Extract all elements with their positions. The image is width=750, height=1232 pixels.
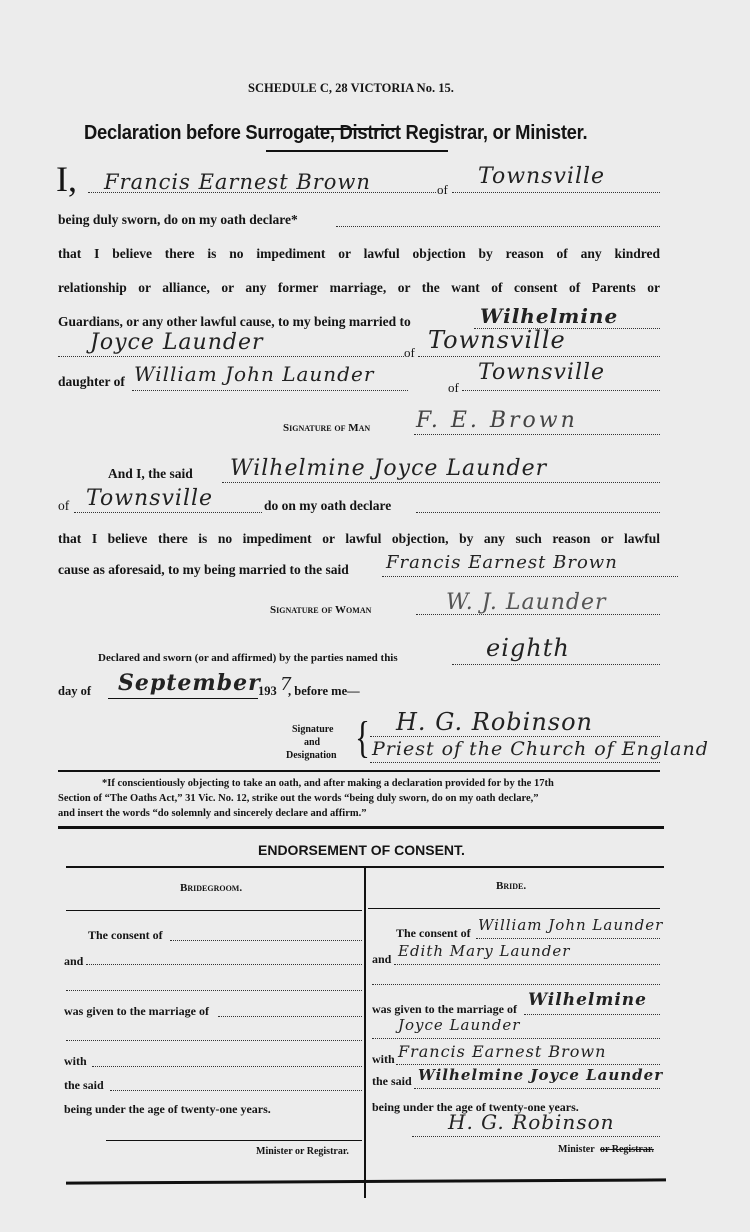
oath-text-line-5: Guardians, or any other lawful cause, to…	[58, 314, 411, 330]
bride-registrar-struck: or Registrar.	[600, 1144, 654, 1155]
month-line	[108, 698, 258, 699]
officiant-signature-line	[370, 736, 660, 737]
bridegroom-header: Bridegroom.	[180, 882, 242, 894]
spouse-residence-field[interactable]: Townsville	[428, 326, 566, 354]
footnote-line-3: and insert the words “do solemnly and si…	[58, 806, 660, 821]
bride-consent-line	[476, 938, 660, 939]
declared-sworn-text: Declared and sworn (or and affirmed) by …	[98, 652, 398, 664]
groom-minister-label: Minister or Registrar.	[256, 1146, 349, 1157]
spouse-rest-field[interactable]: Joyce Launder	[90, 330, 264, 355]
groom-given-line	[218, 1016, 362, 1017]
woman-spouse-field[interactable]: Francis Earnest Brown	[386, 552, 618, 573]
bride-with-field[interactable]: Francis Earnest Brown	[398, 1042, 606, 1061]
bride-minister-signature[interactable]: H. G. Robinson	[448, 1110, 615, 1134]
spouse-residence-line	[418, 356, 660, 357]
bride-and-label: and	[372, 952, 391, 967]
bride-with-line	[396, 1064, 660, 1065]
bride-blank-line	[372, 984, 660, 985]
groom-given-label: was given to the marriage of	[64, 1004, 209, 1019]
day-of-label: day of	[58, 684, 91, 699]
bride-consent-label: The consent of	[396, 926, 471, 941]
groom-with-label: with	[64, 1054, 87, 1069]
woman-name-line	[222, 482, 660, 483]
column-divider	[364, 868, 366, 1198]
bride-given-line	[524, 1014, 660, 1015]
month-field[interactable]: September	[118, 670, 261, 696]
bride-with-label: with	[372, 1052, 395, 1067]
schedule-reference: SCHEDULE C, 28 VICTORIA No. 15.	[248, 81, 454, 96]
bride-said-field[interactable]: Wilhelmine Joyce Launder	[418, 1066, 663, 1084]
oath-text-line-4: relationship or alliance, or any former …	[58, 280, 660, 296]
groom-consent-line	[170, 940, 362, 941]
woman-name-field[interactable]: Wilhelmine Joyce Launder	[230, 456, 547, 481]
oath-line: being duly sworn, do on my oath declare*	[58, 212, 298, 228]
groom-and-label: and	[64, 954, 83, 969]
spouse-first-field[interactable]: Wilhelmine	[480, 304, 618, 328]
daughter-of-label: daughter of	[58, 374, 125, 390]
oath-text-line-3: that I believe there is no impediment or…	[58, 246, 660, 262]
year-prefix: 193	[258, 684, 277, 699]
title-divider	[266, 150, 448, 152]
groom-blank-line-2	[66, 1040, 362, 1041]
bride-header: Bride.	[496, 880, 526, 892]
father-name-line	[132, 390, 408, 391]
footnote-bottom-rule	[58, 826, 664, 829]
day-line	[452, 664, 660, 665]
groom-said-label: the said	[64, 1078, 104, 1093]
officiant-signature-field[interactable]: H. G. Robinson	[396, 708, 593, 736]
man-signature-line	[414, 434, 660, 435]
signature-of-woman-label: Signature of Woman	[270, 604, 371, 616]
man-name-field[interactable]: Francis Earnest Brown	[104, 170, 371, 194]
woman-oath-label: do on my oath declare	[264, 498, 391, 514]
spouse-line-2	[58, 356, 404, 357]
signature-of-man-label: Signature of Man	[283, 422, 370, 434]
man-signature-field[interactable]: F. E. Brown	[416, 408, 578, 433]
groom-said-line	[110, 1090, 362, 1091]
brace-icon: {	[355, 716, 370, 760]
oath-line-dots	[336, 226, 660, 227]
woman-oath-text-4: cause as aforesaid, to my being married …	[58, 562, 349, 578]
woman-of-label: of	[58, 498, 69, 514]
designation-field[interactable]: Priest of the Church of England	[372, 738, 709, 760]
designation-label: Designation	[286, 750, 337, 761]
bride-and-field[interactable]: Edith Mary Launder	[398, 942, 570, 960]
bride-minister-label: Minister	[558, 1144, 595, 1155]
bride-said-line	[414, 1088, 660, 1089]
endorsement-title: ENDORSEMENT OF CONSENT.	[258, 842, 465, 858]
endorsement-bottom-rule	[66, 1178, 666, 1184]
header-rule-right	[368, 908, 660, 909]
designation-line	[370, 762, 660, 763]
declaration-prefix: I,	[56, 158, 77, 200]
before-me-label: , before me—	[288, 684, 360, 699]
groom-and-line	[86, 964, 362, 965]
father-residence-field[interactable]: Townsville	[478, 360, 605, 385]
bride-minister-line	[412, 1136, 660, 1137]
woman-residence-line	[74, 512, 262, 513]
groom-minister-line	[106, 1140, 362, 1141]
bride-given-field-1[interactable]: Wilhelmine	[528, 990, 647, 1010]
man-residence-line	[452, 192, 660, 193]
footnote-line-1: *If conscientiously objecting to take an…	[58, 776, 660, 791]
man-residence-field[interactable]: Townsville	[478, 164, 605, 189]
groom-with-line	[92, 1066, 362, 1067]
footnote: *If conscientiously objecting to take an…	[58, 776, 660, 821]
woman-residence-field[interactable]: Townsville	[86, 486, 213, 511]
father-name-field[interactable]: William John Launder	[134, 362, 374, 386]
header-rule-left	[66, 910, 362, 911]
page-title: Declaration before Surrogate, District R…	[84, 122, 587, 145]
groom-age-label: being under the age of twenty-one years.	[64, 1102, 271, 1117]
father-residence-line	[462, 390, 660, 391]
footnote-line-2: Section of “The Oaths Act,” 31 Vic. No. …	[58, 791, 660, 806]
bride-consent-field[interactable]: William John Launder	[478, 916, 663, 934]
woman-signature-field[interactable]: W. J. Launder	[446, 590, 607, 615]
of-label: of	[437, 182, 448, 198]
footnote-top-rule	[58, 770, 660, 772]
and-label: and	[304, 737, 320, 748]
and-i-label: And I, the said	[108, 466, 193, 482]
father-of-label: of	[448, 380, 459, 396]
bride-given-label: was given to the marriage of	[372, 1002, 517, 1017]
signature-label: Signature	[292, 724, 334, 735]
bride-given-line-2	[372, 1038, 660, 1039]
bride-given-field-2[interactable]: Joyce Launder	[398, 1016, 520, 1034]
bride-said-label: the said	[372, 1074, 412, 1089]
day-field[interactable]: eighth	[486, 634, 570, 662]
woman-spouse-line	[382, 576, 678, 577]
woman-oath-text-3: that I believe there is no impediment or…	[58, 531, 660, 547]
groom-blank-line	[66, 990, 362, 991]
groom-consent-label: The consent of	[88, 928, 163, 943]
spouse-of-label: of	[404, 345, 415, 361]
woman-oath-dots	[416, 512, 660, 513]
bride-and-line	[394, 964, 660, 965]
